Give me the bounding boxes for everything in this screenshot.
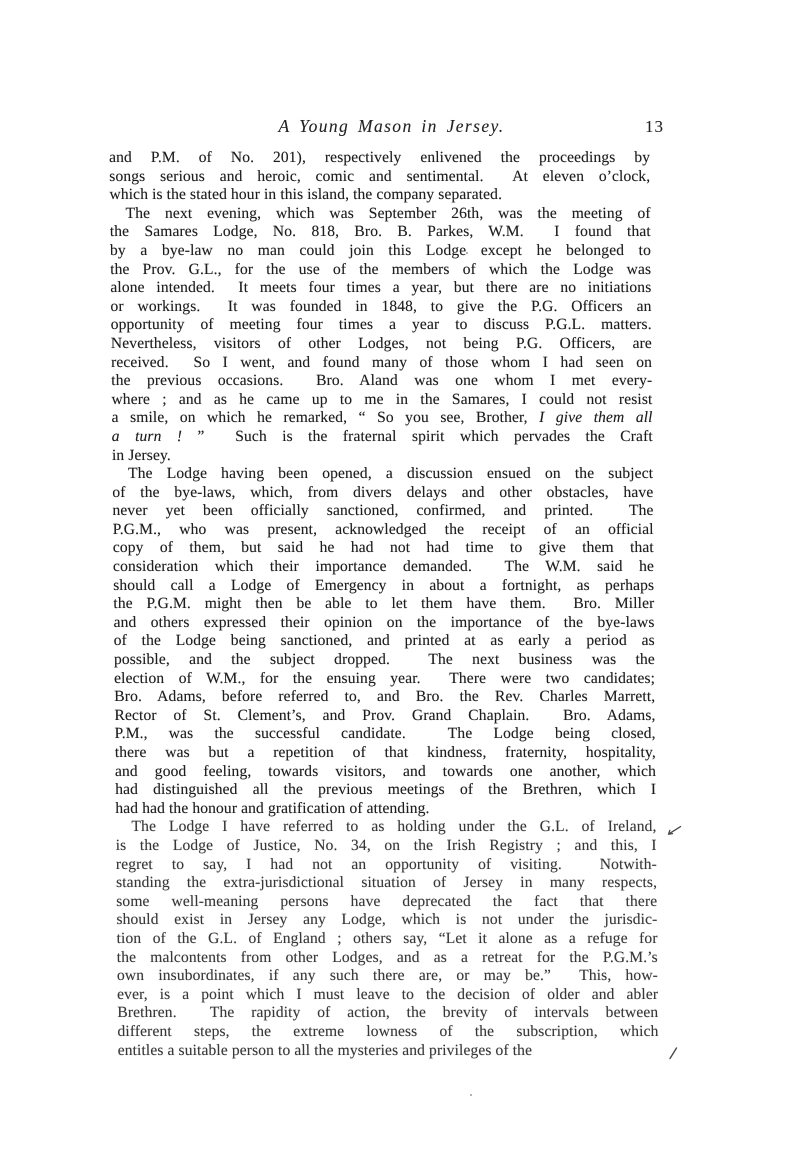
scanned-book-page: A Young Mason in Jersey. 13 and P.M. of … xyxy=(0,0,787,1170)
text-line: had distinguished all the previous meeti… xyxy=(115,781,656,800)
text-line: should call a Lodge of Emergency in abou… xyxy=(113,577,654,596)
text-line: P.M., was the successful candidate. The … xyxy=(115,725,656,744)
text-line: never yet been officially sanctioned, co… xyxy=(112,502,653,521)
text-line: of the Lodge being sanctioned, and print… xyxy=(114,632,655,651)
handwritten-check-mark-icon xyxy=(662,823,682,844)
page-number: 13 xyxy=(645,116,664,138)
text-line: some well-meaning persons have deprecate… xyxy=(116,893,657,912)
text-line: the P.G.M. might then be able to let the… xyxy=(113,595,654,614)
text-line: opportunity of meeting four times a year… xyxy=(111,316,652,335)
text-line: received. So I went, and found many of t… xyxy=(111,354,652,373)
text-line: Bro. Adams, before referred to, and Bro.… xyxy=(114,688,655,707)
text-line: ever, is a point which I must leave to t… xyxy=(117,986,658,1005)
text-line: entitles a suitable person to all the my… xyxy=(118,1042,659,1061)
page-text: and P.M. of No. 201), respectively enliv… xyxy=(109,149,659,1060)
running-header: A Young Mason in Jersey. 13 xyxy=(109,115,650,137)
text-line: own insubordinates, if any such there ar… xyxy=(117,967,658,986)
text-line: The next evening, which was September 26… xyxy=(110,205,651,224)
text-line: or workings. It was founded in 1848, to … xyxy=(110,298,651,317)
text-line: standing the extra-jurisdictional situat… xyxy=(116,874,657,893)
text-line: the malcontents from other Lodges, and a… xyxy=(117,949,658,968)
text-line: of the bye-laws, which, from divers dela… xyxy=(112,484,653,503)
paragraph: The next evening, which was September 26… xyxy=(110,205,653,465)
text-line: regret to say, I had not an opportunity … xyxy=(116,856,657,875)
text-line: Brethren. The rapidity of action, the br… xyxy=(117,1004,658,1023)
text-line: and others expressed their opinion on th… xyxy=(113,614,654,633)
text-line: a smile, on which he remarked, “ So you … xyxy=(111,409,652,428)
text-line: Nevertheless, visitors of other Lodges, … xyxy=(111,335,652,354)
text-line: P.G.M., who was present, acknowledged th… xyxy=(113,521,654,540)
text-line: consideration which their importance dem… xyxy=(113,558,654,577)
text-line: possible, and the subject dropped. The n… xyxy=(114,651,655,670)
text-line: is the Lodge of Justice, No. 34, on the … xyxy=(116,837,657,856)
paragraph: and P.M. of No. 201), respectively enliv… xyxy=(109,149,651,205)
page-title: A Young Mason in Jersey. xyxy=(279,115,505,137)
text-line: the Samares Lodge, No. 818, Bro. B. Park… xyxy=(110,223,651,242)
text-line: where ; and as he came up to me in the S… xyxy=(111,391,652,410)
handwritten-pen-tick-icon xyxy=(668,1046,679,1066)
text-line: alone intended. It meets four times a ye… xyxy=(110,279,651,298)
scan-speck xyxy=(470,1094,472,1096)
text-line: should exist in Jersey any Lodge, which … xyxy=(116,911,657,930)
scan-speck xyxy=(466,252,468,254)
paragraph: The Lodge I have referred to as holding … xyxy=(115,818,658,1060)
text-line: copy of them, but said he had not had ti… xyxy=(113,539,654,558)
paragraph: The Lodge having been opened, a discussi… xyxy=(112,465,656,818)
text-line: tion of the G.L. of England ; others say… xyxy=(116,930,657,949)
text-line: which is the stated hour in this island,… xyxy=(109,186,650,205)
text-line: there was but a repetition of that kindn… xyxy=(115,744,656,763)
text-line: had had the honour and gratification of … xyxy=(115,800,656,819)
text-line: and good feeling, towards visitors, and … xyxy=(115,763,656,782)
text-line: the previous occasions. Bro. Aland was o… xyxy=(111,372,652,391)
text-line: The Lodge having been opened, a discussi… xyxy=(112,465,653,484)
text-line: by a bye-law no man could join this Lodg… xyxy=(110,242,651,261)
text-line: The Lodge I have referred to as holding … xyxy=(115,818,656,837)
text-line: in Jersey. xyxy=(112,447,653,466)
text-line: the Prov. G.L., for the use of the membe… xyxy=(110,261,651,280)
text-line: Rector of St. Clement’s, and Prov. Grand… xyxy=(114,707,655,726)
text-line: different steps, the extreme lowness of … xyxy=(117,1023,658,1042)
text-line: and P.M. of No. 201), respectively enliv… xyxy=(109,149,650,168)
text-line: a turn ! ” Such is the fraternal spirit … xyxy=(112,428,653,447)
text-line: election of W.M., for the ensuing year. … xyxy=(114,670,655,689)
text-line: songs serious and heroic, comic and sent… xyxy=(109,168,650,187)
